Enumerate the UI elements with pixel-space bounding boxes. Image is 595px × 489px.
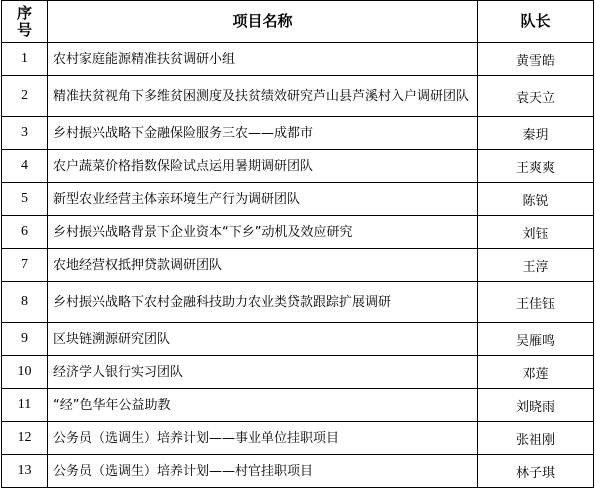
project-name: 精准扶贫视角下多维贫困测度及扶贫绩效研究芦山县芦溪村入户调研团队	[48, 76, 478, 117]
row-number: 2	[2, 76, 48, 117]
column-header-no: 序号	[2, 1, 48, 43]
table-row: 10 经济学人银行实习团队 邓莲	[2, 356, 594, 389]
row-number: 9	[2, 323, 48, 356]
row-number: 10	[2, 356, 48, 389]
team-leader: 王淳	[478, 249, 594, 282]
team-leader: 陈锐	[478, 183, 594, 216]
team-leader: 邓莲	[478, 356, 594, 389]
project-name: 乡村振兴战略下农村金融科技助力农业类贷款跟踪扩展调研	[48, 282, 478, 323]
project-name: 经济学人银行实习团队	[48, 356, 478, 389]
table-row: 11 “经”色华年公益助教 刘晓雨	[2, 389, 594, 422]
project-name: 公务员（选调生）培养计划——村官挂职项目	[48, 455, 478, 488]
project-name: “经”色华年公益助教	[48, 389, 478, 422]
team-leader: 刘钰	[478, 216, 594, 249]
project-name: 农户蔬菜价格指数保险试点运用暑期调研团队	[48, 150, 478, 183]
row-number: 7	[2, 249, 48, 282]
project-name: 乡村振兴战略下金融保险服务三农——成都市	[48, 117, 478, 150]
team-leader: 王佳钰	[478, 282, 594, 323]
team-leader: 刘晓雨	[478, 389, 594, 422]
team-leader: 林子琪	[478, 455, 594, 488]
table-row: 5 新型农业经营主体亲环境生产行为调研团队 陈锐	[2, 183, 594, 216]
row-number: 11	[2, 389, 48, 422]
row-number: 4	[2, 150, 48, 183]
table-row: 1 农村家庭能源精准扶贫调研小组 黄雪皓	[2, 43, 594, 76]
project-name: 区块链溯源研究团队	[48, 323, 478, 356]
team-leader: 张祖刚	[478, 422, 594, 455]
column-header-no-label: 序号	[17, 5, 33, 39]
table-row: 7 农地经营权抵押贷款调研团队 王淳	[2, 249, 594, 282]
team-leader: 袁天立	[478, 76, 594, 117]
row-number: 12	[2, 422, 48, 455]
table-row: 2 精准扶贫视角下多维贫困测度及扶贫绩效研究芦山县芦溪村入户调研团队 袁天立	[2, 76, 594, 117]
column-header-name: 项目名称	[48, 1, 478, 43]
project-name: 农村家庭能源精准扶贫调研小组	[48, 43, 478, 76]
table-row: 9 区块链溯源研究团队 吴雁鸣	[2, 323, 594, 356]
project-name: 公务员（选调生）培养计划——事业单位挂职项目	[48, 422, 478, 455]
team-leader: 王爽爽	[478, 150, 594, 183]
project-table: 序号 项目名称 队长 1 农村家庭能源精准扶贫调研小组 黄雪皓 2 精准扶贫视角…	[1, 0, 594, 488]
team-leader: 吴雁鸣	[478, 323, 594, 356]
row-number: 8	[2, 282, 48, 323]
team-leader: 秦玥	[478, 117, 594, 150]
row-number: 6	[2, 216, 48, 249]
project-name: 乡村振兴战略背景下企业资本“下乡”动机及效应研究	[48, 216, 478, 249]
team-leader: 黄雪皓	[478, 43, 594, 76]
table-row: 13 公务员（选调生）培养计划——村官挂职项目 林子琪	[2, 455, 594, 488]
column-header-leader: 队长	[478, 1, 594, 43]
table-row: 4 农户蔬菜价格指数保险试点运用暑期调研团队 王爽爽	[2, 150, 594, 183]
row-number: 3	[2, 117, 48, 150]
table-row: 6 乡村振兴战略背景下企业资本“下乡”动机及效应研究 刘钰	[2, 216, 594, 249]
row-number: 5	[2, 183, 48, 216]
table-header-row: 序号 项目名称 队长	[2, 1, 594, 43]
table-row: 8 乡村振兴战略下农村金融科技助力农业类贷款跟踪扩展调研 王佳钰	[2, 282, 594, 323]
row-number: 1	[2, 43, 48, 76]
table-row: 3 乡村振兴战略下金融保险服务三农——成都市 秦玥	[2, 117, 594, 150]
table-row: 12 公务员（选调生）培养计划——事业单位挂职项目 张祖刚	[2, 422, 594, 455]
row-number: 13	[2, 455, 48, 488]
project-name: 农地经营权抵押贷款调研团队	[48, 249, 478, 282]
project-name: 新型农业经营主体亲环境生产行为调研团队	[48, 183, 478, 216]
